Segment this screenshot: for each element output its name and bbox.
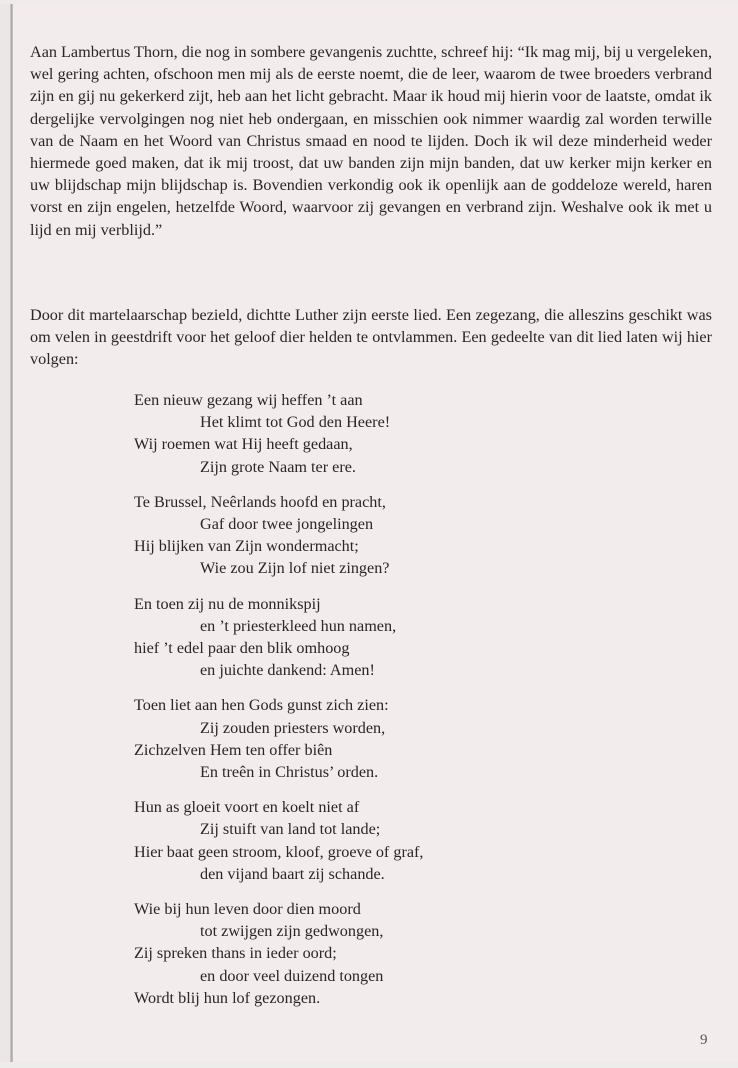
poem-line: Het klimt tot God den Heere! [134,411,423,433]
poem-stanza-4: Toen liet aan hen Gods gunst zich zien: … [134,694,423,783]
page-number: 9 [700,1032,708,1049]
poem-line: En treên in Christus’ orden. [134,761,423,783]
poem-line: Zijn grote Naam ter ere. [134,456,423,478]
poem-line: Hun as gloeit voort en koelt niet af [134,796,423,818]
poem-stanza-3: En toen zij nu de monnikspij en ’t pries… [134,593,423,682]
page-gutter-edge [10,4,13,1062]
poem-line: Zichzelven Hem ten offer biên [134,739,423,761]
poem-line: Wie zou Zijn lof niet zingen? [134,557,423,579]
poem-line: Hier baat geen stroom, kloof, groeve of … [134,841,423,863]
poem-line: Toen liet aan hen Gods gunst zich zien: [134,694,423,716]
poem-line: tot zwijgen zijn gedwongen, [134,920,423,942]
poem-line: Gaf door twee jongelingen [134,513,423,535]
paragraph-letter-quote: Aan Lambertus Thorn, die nog in sombere … [30,41,712,241]
book-page: Aan Lambertus Thorn, die nog in sombere … [0,4,738,1062]
poem-line: en juichte dankend: Amen! [134,659,423,681]
poem-line: Zij stuift van land tot lande; [134,818,423,840]
poem-line: Zij zouden priesters worden, [134,717,423,739]
poem-line: Een nieuw gezang wij heffen ’t aan [134,389,423,411]
poem-line: den vijand baart zij schande. [134,863,423,885]
poem-line: en ’t priesterkleed hun namen, [134,615,423,637]
poem-line: Zij spreken thans in ieder oord; [134,942,423,964]
poem-line: Wordt blij hun lof gezongen. [134,987,423,1009]
poem-stanza-2: Te Brussel, Neêrlands hoofd en pracht, G… [134,491,423,580]
gutter-shade [0,4,10,1062]
poem-line: Wij roemen wat Hij heeft gedaan, [134,433,423,455]
poem-line: en door veel duizend tongen [134,965,423,987]
poem-line: hief ’t edel paar den blik omhoog [134,637,423,659]
paragraph-text: Aan Lambertus Thorn, die nog in sombere … [30,41,712,241]
paragraph-text: Door dit martelaarschap bezield, dichtte… [30,304,712,371]
poem-line: En toen zij nu de monnikspij [134,593,423,615]
poem-stanza-5: Hun as gloeit voort en koelt niet af Zij… [134,796,423,885]
poem: Een nieuw gezang wij heffen ’t aan Het k… [134,389,423,1022]
poem-line: Te Brussel, Neêrlands hoofd en pracht, [134,491,423,513]
poem-stanza-6: Wie bij hun leven door dien moord tot zw… [134,898,423,1009]
poem-line: Wie bij hun leven door dien moord [134,898,423,920]
paragraph-intro-song: Door dit martelaarschap bezield, dichtte… [30,304,712,371]
poem-stanza-1: Een nieuw gezang wij heffen ’t aan Het k… [134,389,423,478]
poem-line: Hij blijken van Zijn wondermacht; [134,535,423,557]
